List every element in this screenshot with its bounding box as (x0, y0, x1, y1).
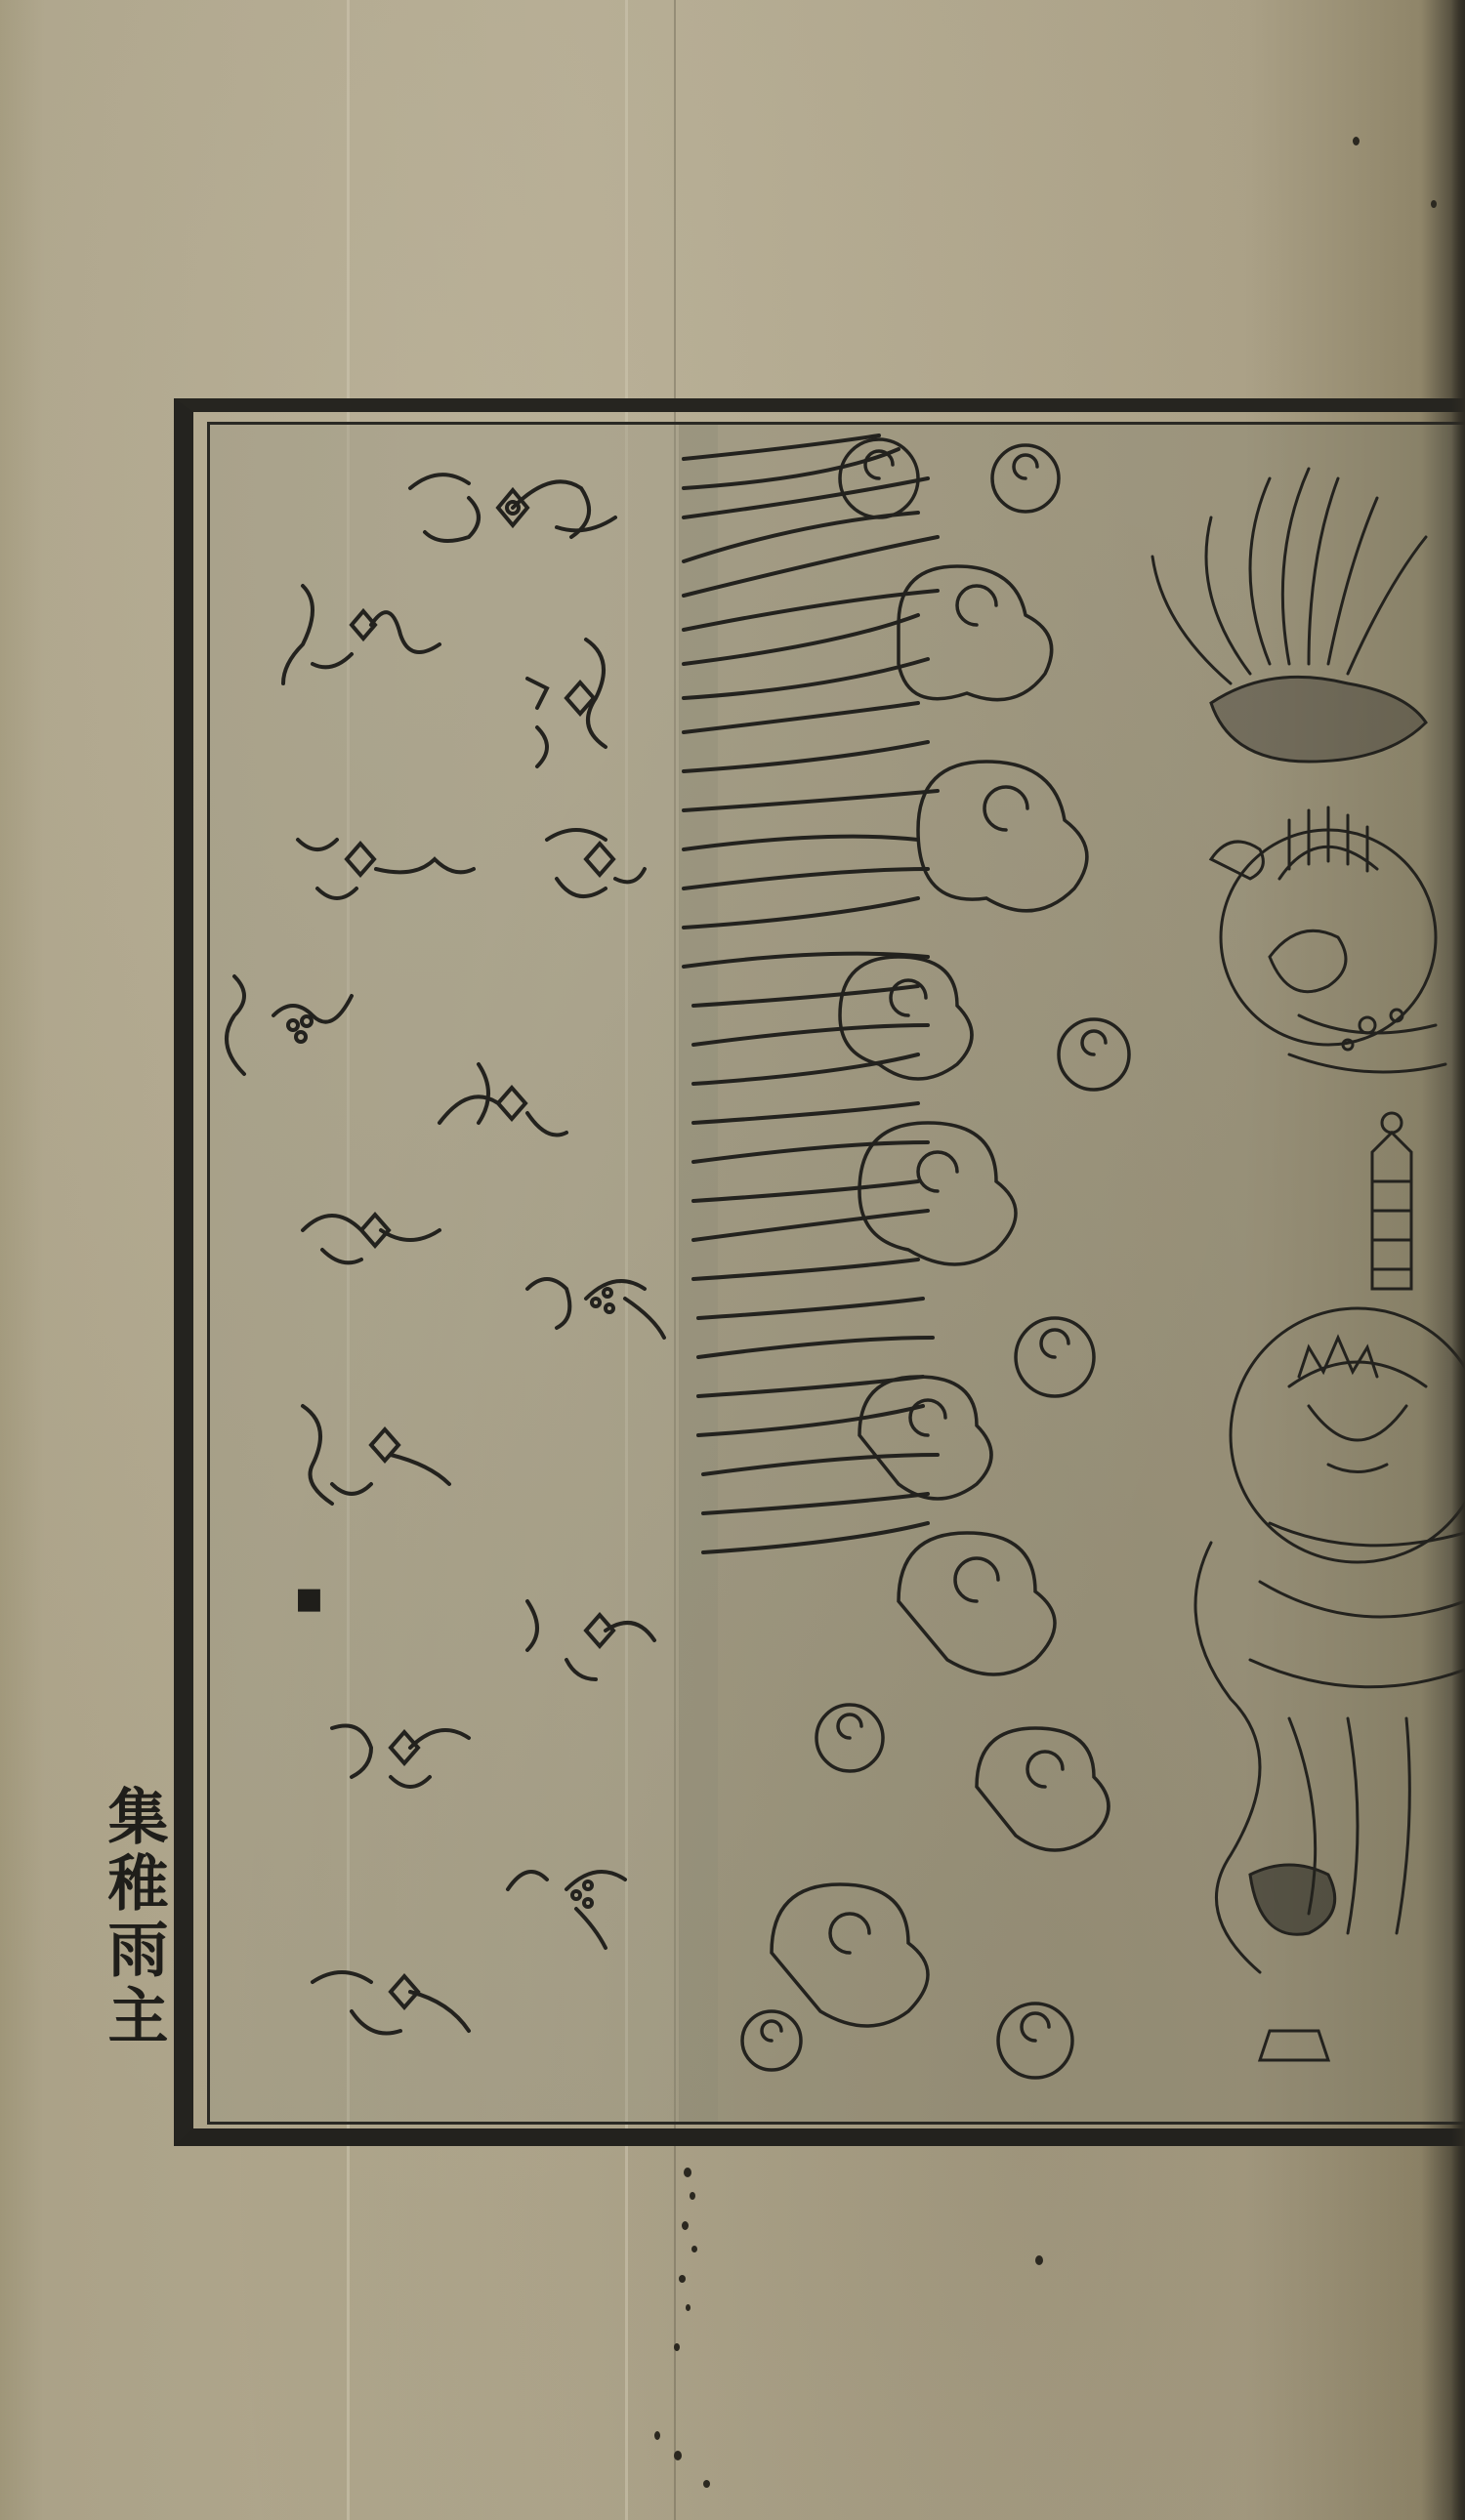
crowned-guardian-figure (1195, 1308, 1465, 2060)
paper-page: 集稚雨主 ■ (0, 0, 1465, 2520)
woodblock-illustration (0, 0, 1465, 2520)
floral-sprays (227, 475, 664, 2033)
margin-inscription: 集稚雨主 (90, 1785, 168, 2050)
page-right-edge (1451, 0, 1465, 2520)
damaged-glyph: ■ (293, 1582, 324, 1644)
pagoda-reliquary (1372, 1113, 1411, 1289)
peacock-phoenix-figure (1152, 469, 1426, 762)
demon-guardian-figure (1211, 807, 1445, 1072)
